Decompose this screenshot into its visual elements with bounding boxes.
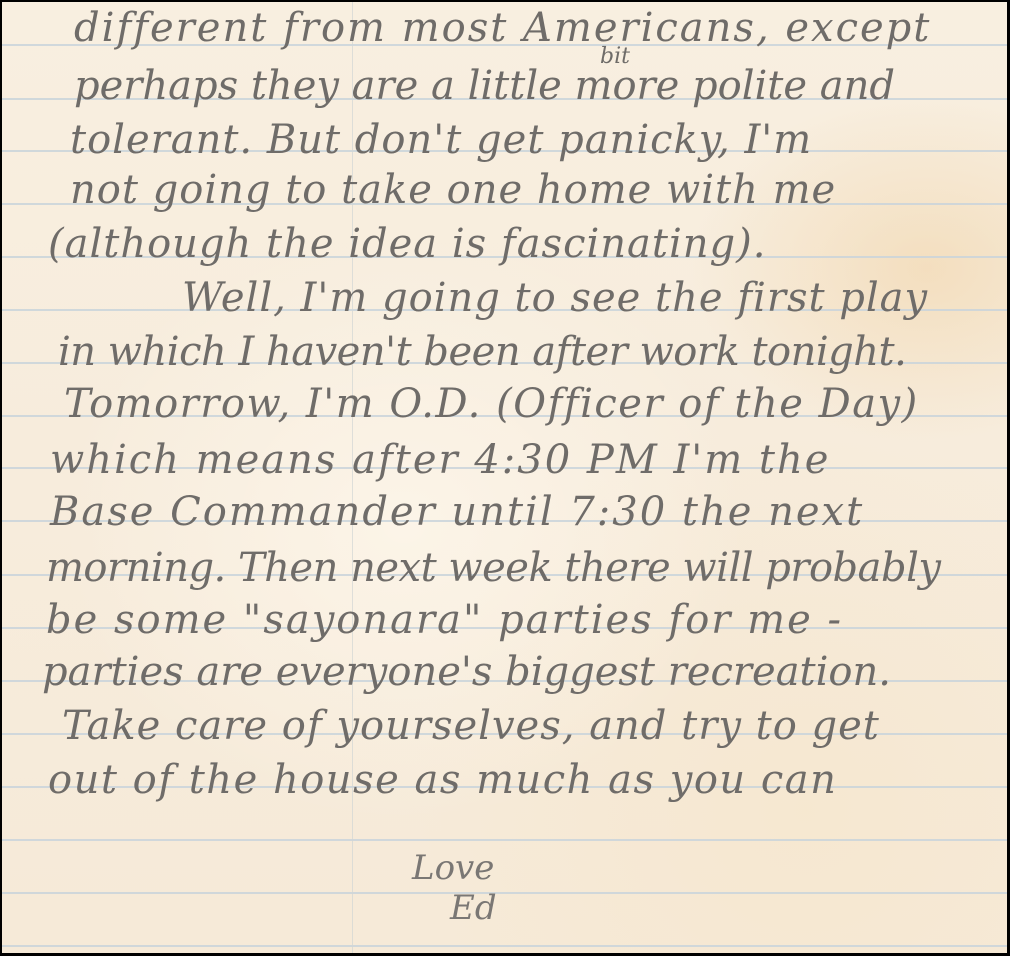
letter-line-15: out of the house as much as you can (48, 760, 837, 800)
letter-line-1: different from most Americans, except (74, 8, 931, 48)
letter-line-14: Take care of yourselves, and try to get (62, 706, 880, 746)
letter-line-2: perhaps they are a little more polite an… (74, 66, 895, 106)
letter-page: different from most Americans, except bi… (2, 2, 1007, 953)
letter-line-6: Well, I'm going to see the first play (182, 278, 928, 318)
letter-valediction: Love (412, 848, 494, 888)
letter-line-3: tolerant. But don't get panicky, I'm (70, 120, 812, 160)
letter-line-11: morning. Then next week there will proba… (46, 548, 941, 588)
ruled-line (2, 945, 1007, 947)
letter-line-9: which means after 4:30 PM I'm the (50, 440, 830, 480)
letter-line-12: be some "sayonara" parties for me - (46, 600, 843, 640)
letter-line-13: parties are everyone's biggest recreatio… (42, 652, 891, 692)
ruled-line (2, 892, 1007, 894)
ruled-line (2, 839, 1007, 841)
letter-line-8: Tomorrow, I'm O.D. (Officer of the Day) (64, 384, 919, 424)
letter-line-5: (although the idea is fascinating). (48, 224, 766, 264)
letter-signature: Ed (450, 888, 497, 928)
letter-line-4: not going to take one home with me (70, 170, 836, 210)
letter-line-10: Base Commander until 7:30 the next (50, 492, 864, 532)
letter-line-7: in which I haven't been after work tonig… (58, 332, 906, 372)
